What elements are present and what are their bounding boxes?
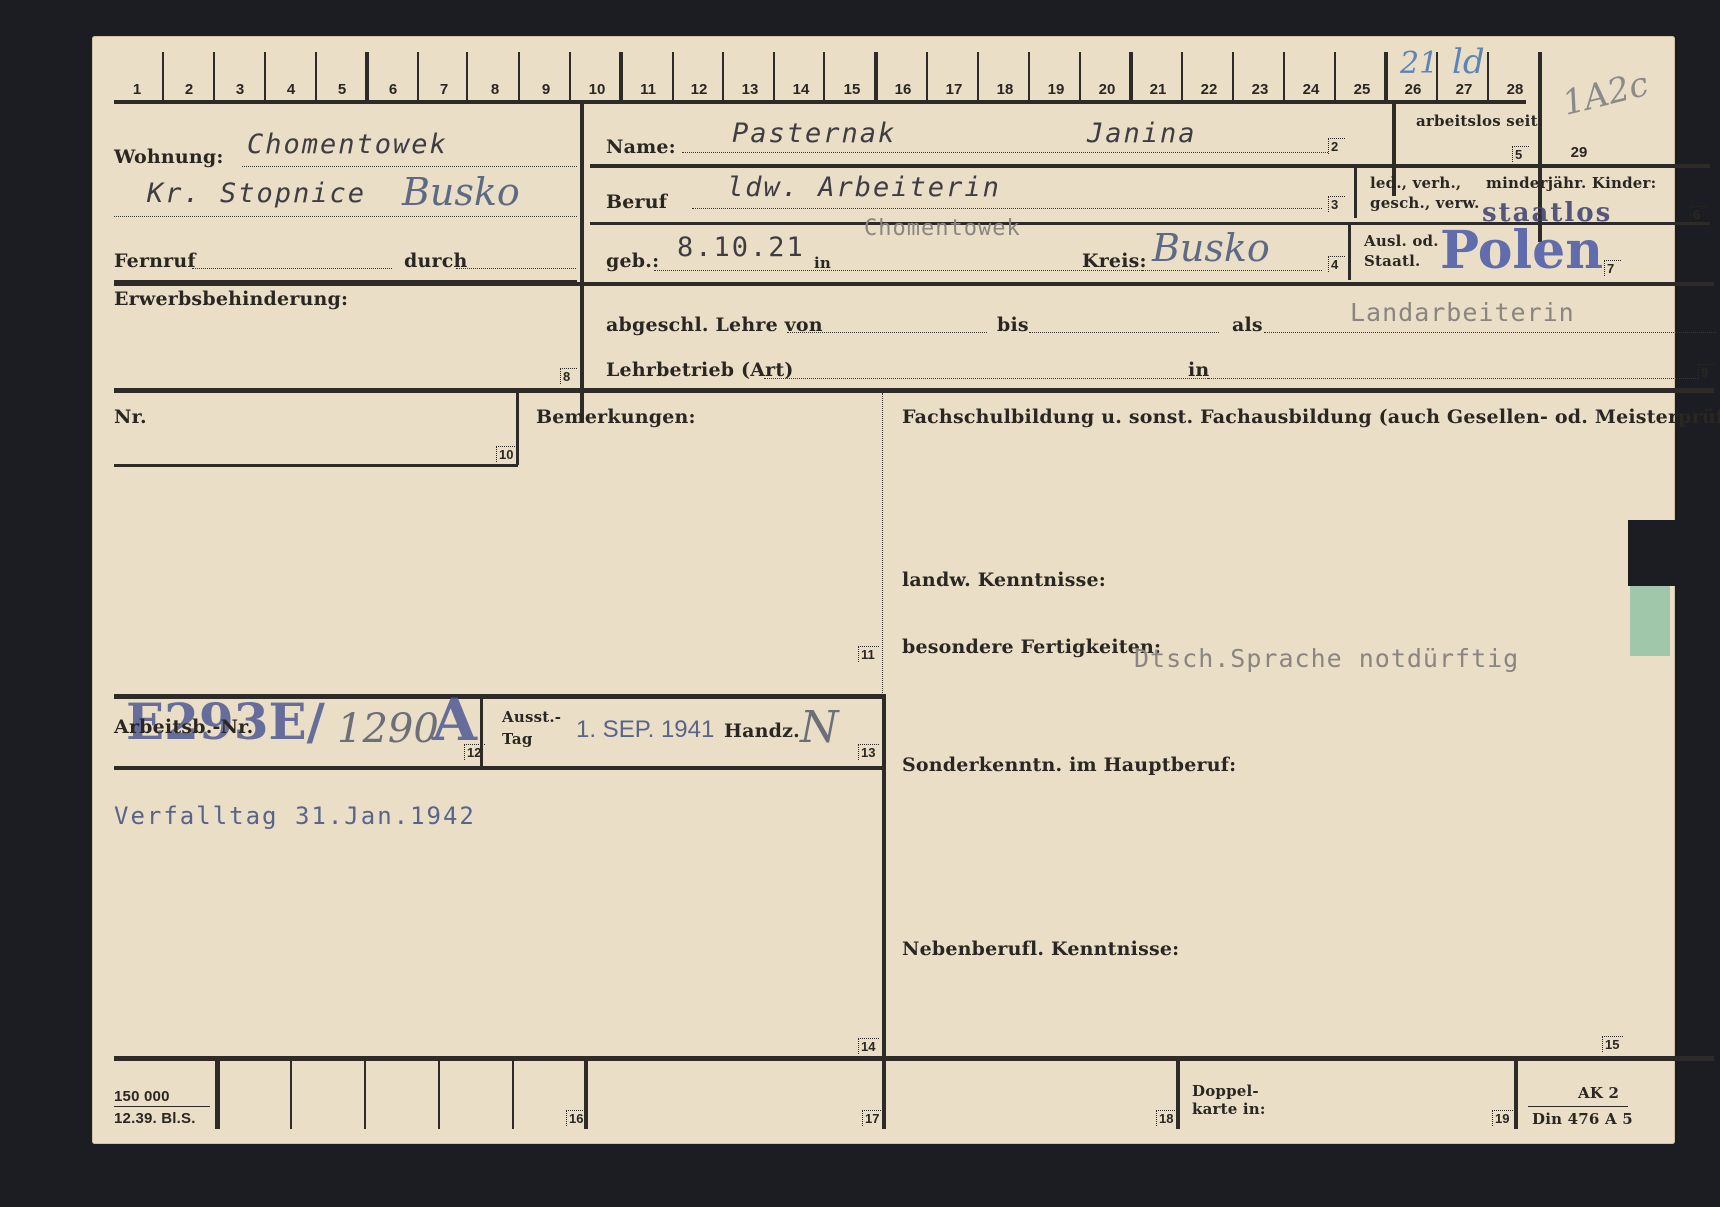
column-number: 5 — [327, 81, 357, 98]
column-number: 23 — [1245, 81, 1275, 98]
field-box-16: 16 — [566, 1110, 585, 1126]
nationality-label-2: Staatl. — [1364, 252, 1420, 270]
vocational-training-label: Fachschulbildung u. sonst. Fachausbildun… — [902, 406, 1720, 428]
workbook-number-label: Arbeitsb.-Nr. — [114, 716, 253, 738]
field-box-5: 5 — [1512, 146, 1529, 162]
print-run: 150 000 — [114, 1088, 170, 1105]
initials-value: N — [800, 702, 839, 753]
minor-children-label: minderjähr. Kinder: — [1486, 174, 1656, 192]
duplicate-card-label-2: karte in: — [1192, 1100, 1266, 1118]
field-box-19: 19 — [1492, 1110, 1513, 1126]
duplicate-card-label-1: Doppel- — [1192, 1082, 1259, 1100]
issue-date-label-2: Tag — [502, 730, 533, 748]
field-box-10: 10 — [496, 446, 517, 462]
field-box-14: 14 — [858, 1038, 879, 1054]
agricultural-knowledge-label: landw. Kenntnisse: — [902, 569, 1106, 591]
field-box-11: 11 — [858, 646, 879, 662]
column-number: 3 — [225, 81, 255, 98]
column-number: 26 — [1398, 81, 1428, 98]
residence-label: Wohnung: — [114, 146, 224, 168]
column-number: 8 — [480, 81, 510, 98]
workbook-number-handwritten: 1290 — [337, 706, 439, 752]
field-box-6: 6 — [1690, 206, 1707, 222]
surname-value: Pasternak — [732, 118, 896, 149]
form-id: AK 2 — [1578, 1084, 1619, 1102]
handwritten-note-col27: ld — [1452, 42, 1485, 82]
din-standard: Din 476 A 5 — [1532, 1110, 1633, 1128]
birth-place-value: Chomentowek — [864, 216, 1021, 241]
given-name-value: Janina — [1087, 118, 1197, 149]
column-number: 19 — [1041, 81, 1071, 98]
residence-line1: Chomentowek — [247, 129, 448, 160]
special-skills-value: Dtsch.Sprache notdürftig — [1134, 644, 1519, 673]
field-box-13: 13 — [858, 744, 879, 760]
column-number: 13 — [735, 81, 765, 98]
field-box-9: 9 — [1698, 364, 1715, 380]
birth-label: geb.: — [606, 250, 659, 272]
initials-label: Handz. — [724, 720, 800, 742]
column-number: 28 — [1500, 81, 1530, 98]
nr-label: Nr. — [114, 406, 147, 428]
column-number: 11 — [633, 81, 663, 98]
handwritten-note-col26: 21 — [1400, 46, 1438, 81]
record-card: 1 2 3 4 5 6 7 8 9 10 11 12 13 14 15 16 1… — [92, 36, 1675, 1144]
column-number: 6 — [378, 81, 408, 98]
residence-line2: Kr. Stopnice — [147, 178, 366, 209]
special-skills-label: besondere Fertigkeiten: — [902, 636, 1161, 658]
nationality-label-1: Ausl. od. — [1364, 232, 1439, 250]
apprenticeship-as-value: Landarbeiterin — [1350, 298, 1575, 327]
column-number: 15 — [837, 81, 867, 98]
district-label: Kreis: — [1082, 250, 1147, 272]
apprenticeship-until-label: bis — [997, 314, 1029, 336]
column-number: 21 — [1143, 81, 1173, 98]
column-number: 2 — [174, 81, 204, 98]
birth-date-value: 8.10.21 — [677, 232, 805, 263]
district-value: Busko — [1152, 226, 1270, 270]
column-number: 14 — [786, 81, 816, 98]
field-box-15: 15 — [1602, 1036, 1623, 1052]
secondary-knowledge-label: Nebenberufl. Kenntnisse: — [902, 938, 1179, 960]
issue-date-label-1: Ausst.- — [502, 708, 561, 726]
marital-status-line1: led., verh., — [1370, 174, 1461, 192]
column-number: 9 — [531, 81, 561, 98]
card-edge-tab-right — [1628, 520, 1675, 586]
column-number: 24 — [1296, 81, 1326, 98]
print-code: 12.39. Bl.S. — [114, 1110, 196, 1127]
occupation-value: ldw. Arbeiterin — [727, 172, 1001, 203]
column-number: 12 — [684, 81, 714, 98]
green-ink-mark — [1630, 586, 1670, 656]
column-number: 22 — [1194, 81, 1224, 98]
field-box-4: 4 — [1328, 256, 1345, 272]
disability-label: Erwerbsbehinderung: — [114, 288, 348, 310]
handwritten-margin-note: 1A2c — [1558, 64, 1652, 124]
column-number: 27 — [1449, 81, 1479, 98]
column-number: 20 — [1092, 81, 1122, 98]
field-box-18: 18 — [1156, 1110, 1177, 1126]
issue-date-stamp: 1. SEP. 1941 — [576, 716, 714, 744]
nationality-stamp: Polen — [1440, 220, 1603, 281]
field-box-17: 17 — [862, 1110, 883, 1126]
field-box-7: 7 — [1604, 260, 1621, 276]
column-number: 1 — [122, 81, 152, 98]
column-number: 17 — [939, 81, 969, 98]
marital-status-line2: gesch., verw. — [1370, 194, 1480, 212]
training-company-in-label: in — [1188, 359, 1209, 381]
column-number: 7 — [429, 81, 459, 98]
column-number: 16 — [888, 81, 918, 98]
occupation-label: Beruf — [606, 191, 667, 213]
field-box-2: 2 — [1328, 138, 1345, 154]
field-box-8: 8 — [560, 368, 577, 384]
field-box-3: 3 — [1328, 196, 1345, 212]
unemployed-since-label: arbeitslos seit: — [1416, 112, 1543, 130]
column-number: 29 — [1564, 144, 1594, 161]
column-number: 25 — [1347, 81, 1377, 98]
phone-label: Fernruf — [114, 250, 196, 272]
special-knowledge-main-job-label: Sonderkenntn. im Hauptberuf: — [902, 754, 1236, 776]
expiry-date-stamp: Verfalltag 31.Jan.1942 — [114, 802, 476, 830]
column-number: 18 — [990, 81, 1020, 98]
apprenticeship-as-label: als — [1232, 314, 1263, 336]
name-label: Name: — [606, 136, 676, 158]
column-number: 10 — [582, 81, 612, 98]
remarks-label: Bemerkungen: — [536, 406, 696, 428]
residence-district-handwritten: Busko — [402, 170, 520, 214]
column-number: 4 — [276, 81, 306, 98]
